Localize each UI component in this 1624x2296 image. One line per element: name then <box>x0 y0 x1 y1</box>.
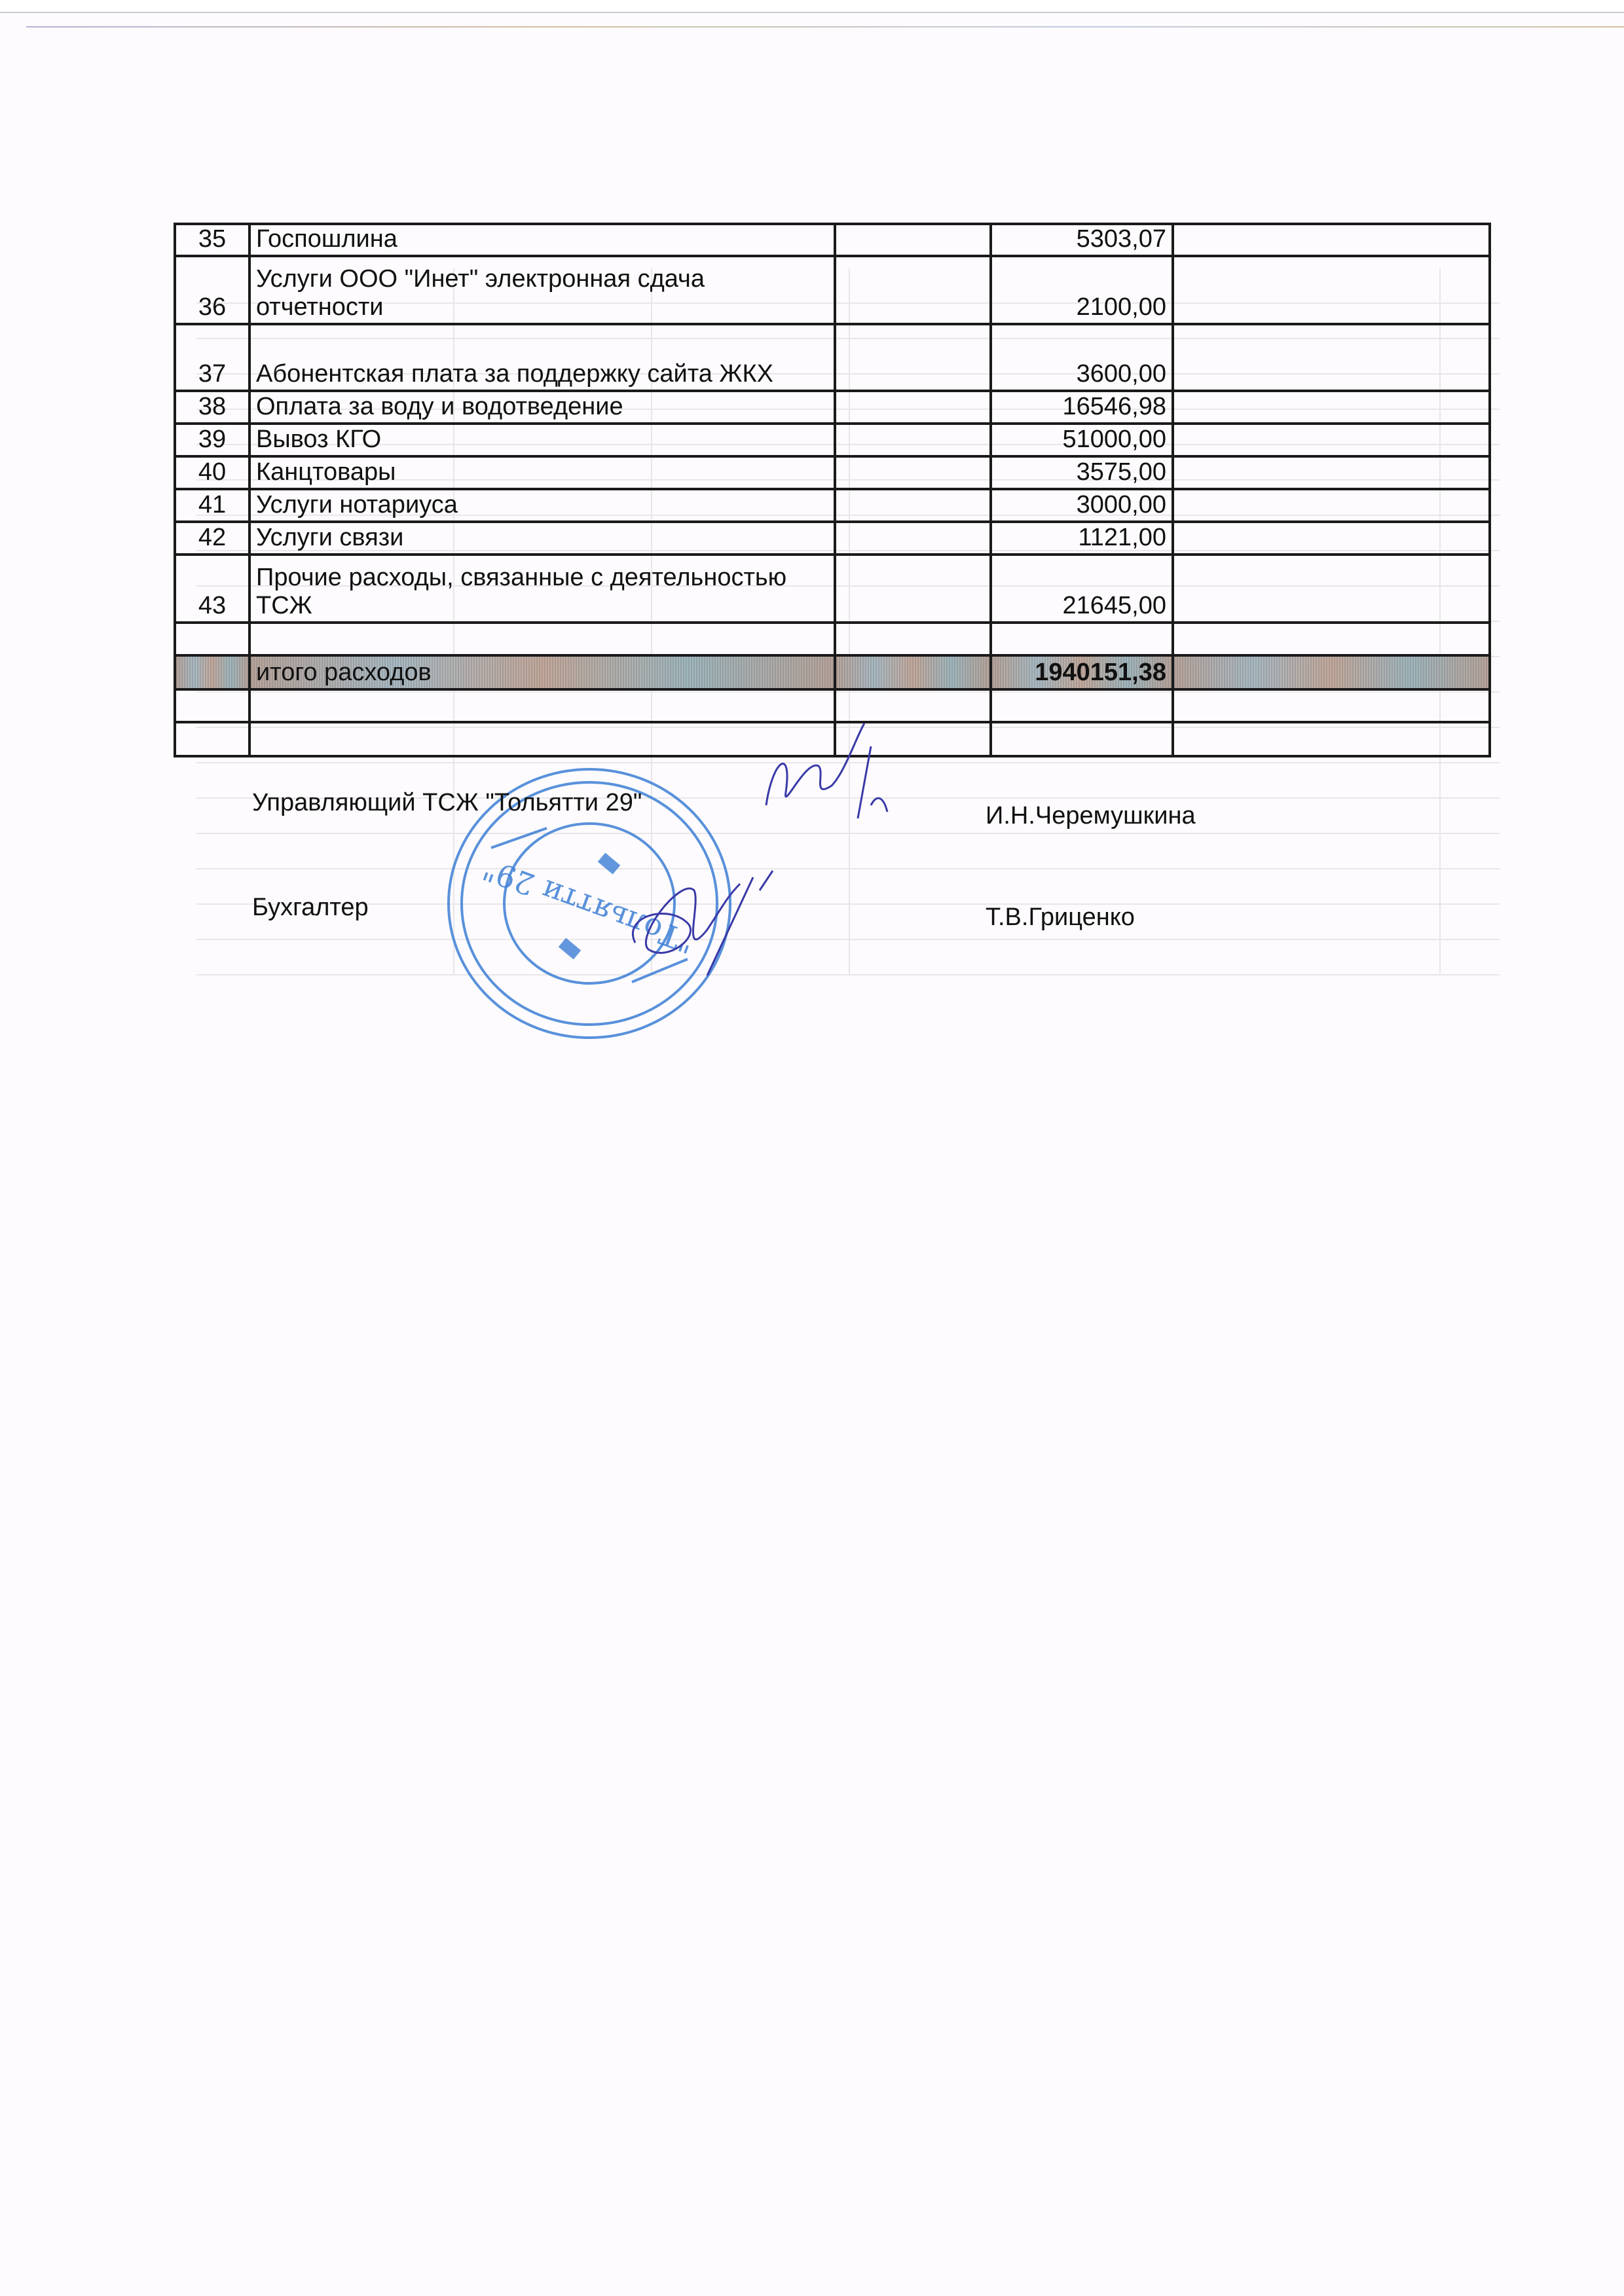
accountant-name: Т.В.Гриценко <box>986 903 1135 932</box>
empty-cell <box>835 224 991 256</box>
expense-name: Канцтовары <box>249 456 835 489</box>
table-row: 39 Вывоз КГО 51000,00 <box>175 424 1490 456</box>
total-amount: 1940151,38 <box>991 655 1173 689</box>
empty-cell <box>1173 722 1490 756</box>
empty-cell <box>835 324 991 391</box>
expense-amount: 3575,00 <box>991 456 1173 489</box>
table-row: 42 Услуги связи 1121,00 <box>175 522 1490 555</box>
empty-cell <box>991 722 1173 756</box>
total-label: итого расходов <box>249 655 835 689</box>
expense-amount: 51000,00 <box>991 424 1173 456</box>
row-number: 42 <box>175 522 249 555</box>
empty-cell <box>175 689 249 722</box>
empty-cell <box>1173 555 1490 623</box>
table-row: 43 Прочие расходы, связанные с деятельно… <box>175 555 1490 623</box>
empty-cell <box>991 689 1173 722</box>
empty-cell <box>175 722 249 756</box>
empty-cell <box>835 555 991 623</box>
empty-cell <box>1173 689 1490 722</box>
row-number: 39 <box>175 424 249 456</box>
row-number <box>175 623 249 655</box>
row-number: 38 <box>175 391 249 424</box>
empty-cell <box>1173 256 1490 324</box>
empty-cell <box>835 256 991 324</box>
table-row: 37 Абонентская плата за поддержку сайта … <box>175 324 1490 391</box>
expense-amount: 21645,00 <box>991 555 1173 623</box>
empty-cell <box>1173 424 1490 456</box>
expense-amount: 16546,98 <box>991 391 1173 424</box>
empty-cell <box>1173 623 1490 655</box>
empty-cell <box>249 722 835 756</box>
expense-name: Услуги связи <box>249 522 835 555</box>
empty-cell <box>1173 655 1490 689</box>
empty-cell <box>249 689 835 722</box>
empty-cell <box>1173 489 1490 522</box>
empty-cell <box>835 655 991 689</box>
empty-cell <box>835 623 991 655</box>
table-row: 38 Оплата за воду и водотведение 16546,9… <box>175 391 1490 424</box>
row-number: 37 <box>175 324 249 391</box>
table-row: 35 Госпошлина 5303,07 <box>175 224 1490 256</box>
table-row <box>175 689 1490 722</box>
empty-cell <box>835 391 991 424</box>
empty-cell <box>835 722 991 756</box>
empty-cell <box>175 655 249 689</box>
expense-name: Прочие расходы, связанные с деятельность… <box>249 555 835 623</box>
row-number: 43 <box>175 555 249 623</box>
empty-cell <box>1173 391 1490 424</box>
expense-amount: 3000,00 <box>991 489 1173 522</box>
scan-top-edge <box>0 0 1624 13</box>
expense-amount <box>991 623 1173 655</box>
empty-cell <box>835 456 991 489</box>
expense-name: Госпошлина <box>249 224 835 256</box>
table-row: 36 Услуги ООО "Инет" электронная сдача о… <box>175 256 1490 324</box>
manager-role-label: Управляющий ТСЖ "Тольятти 29" <box>252 789 642 817</box>
empty-cell <box>1173 324 1490 391</box>
expense-amount: 5303,07 <box>991 224 1173 256</box>
empty-cell <box>835 424 991 456</box>
expense-name: Оплата за воду и водотведение <box>249 391 835 424</box>
row-number: 41 <box>175 489 249 522</box>
expense-amount: 3600,00 <box>991 324 1173 391</box>
accountant-role-label: Бухгалтер <box>252 894 369 922</box>
expense-name: Вывоз КГО <box>249 424 835 456</box>
table-row: 41 Услуги нотариуса 3000,00 <box>175 489 1490 522</box>
empty-cell <box>835 489 991 522</box>
expense-amount: 2100,00 <box>991 256 1173 324</box>
scan-paper-edge <box>26 26 1624 27</box>
empty-cell <box>835 522 991 555</box>
table-row <box>175 623 1490 655</box>
row-number: 35 <box>175 224 249 256</box>
expense-name: Абонентская плата за поддержку сайта ЖКХ <box>249 324 835 391</box>
table-row: 40 Канцтовары 3575,00 <box>175 456 1490 489</box>
expense-table: 35 Госпошлина 5303,07 36 Услуги ООО "Ине… <box>174 223 1491 757</box>
expense-name: Услуги нотариуса <box>249 489 835 522</box>
empty-cell <box>1173 224 1490 256</box>
row-number: 36 <box>175 256 249 324</box>
empty-cell <box>1173 522 1490 555</box>
manager-name: И.Н.Черемушкина <box>986 802 1196 830</box>
table-row <box>175 722 1490 756</box>
empty-cell <box>835 689 991 722</box>
total-row: итого расходов 1940151,38 <box>175 655 1490 689</box>
svg-text:"Тольятти 29": "Тольятти 29" <box>478 851 699 960</box>
empty-cell <box>1173 456 1490 489</box>
row-number: 40 <box>175 456 249 489</box>
expense-name: Услуги ООО "Инет" электронная сдача отче… <box>249 256 835 324</box>
expense-amount: 1121,00 <box>991 522 1173 555</box>
accountant-signature-icon <box>609 864 779 995</box>
expense-name <box>249 623 835 655</box>
